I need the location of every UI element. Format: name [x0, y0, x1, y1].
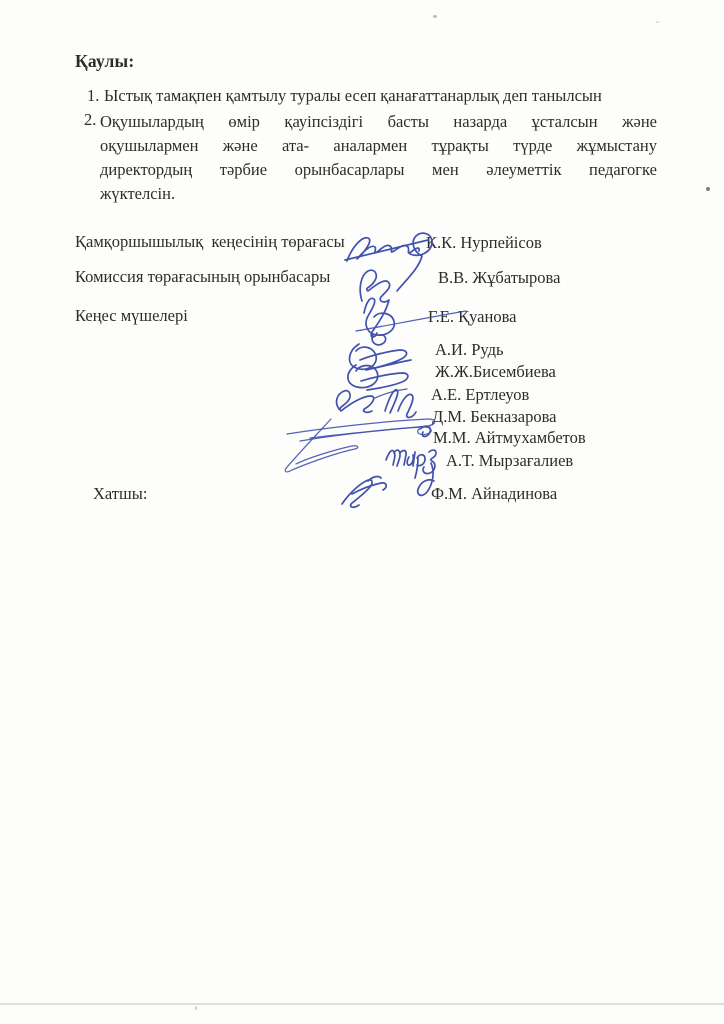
official-name: В.В. Жұбатырова	[438, 268, 560, 288]
list-item-number: 2.	[84, 110, 96, 130]
paper-speck	[656, 21, 659, 23]
secretary-label: Хатшы:	[93, 484, 147, 504]
member-name: Ж.Ж.Бисембиева	[435, 362, 556, 382]
signature-deputy-ink	[360, 270, 389, 337]
paragraph-line: директордың тәрбие орынбасарлары мен әле…	[100, 158, 657, 182]
signature-sweep-ink	[285, 419, 435, 472]
official-role: Қамқоршышылық кеңесінің төрағасы	[75, 232, 345, 252]
official-role: Кеңес мүшелері	[75, 306, 188, 326]
signature-rud-bisembieva-ink	[348, 344, 411, 390]
scan-edge-line	[0, 1003, 724, 1005]
official-name: К.К. Нурпейісов	[426, 233, 542, 253]
paper-speck	[433, 15, 437, 18]
scanned-document-page: Қаулы: 1. Ыстық тамақпен қамтылу туралы …	[0, 0, 724, 1024]
signature-ertleuov-ink	[337, 389, 416, 418]
official-role: Комиссия төрағасының орынбасары	[75, 267, 330, 287]
list-item-text: Ыстық тамақпен қамтылу туралы есеп қанағ…	[104, 86, 602, 106]
signature-myrzagaliev-ink	[386, 450, 436, 495]
signature-chairman-ink	[345, 233, 432, 291]
member-name: А.Т. Мырзағалиев	[446, 451, 573, 471]
paragraph-line: оқушылармен және ата- аналармен тұрақты …	[100, 134, 657, 158]
list-item-paragraph: Оқушылардың өмір қауіпсіздігі басты наза…	[100, 110, 657, 206]
list-item-number: 1.	[87, 86, 99, 106]
signature-secretary-ink	[342, 477, 386, 508]
member-name: М.М. Айтмухамбетов	[433, 428, 586, 448]
secretary-name: Ф.М. Айнадинова	[431, 484, 557, 504]
member-name: Д.М. Бекназарова	[432, 407, 557, 427]
member-name: А.Е. Ертлеуов	[431, 385, 529, 405]
paper-speck	[195, 1006, 197, 1010]
paragraph-line: Оқушылардың өмір қауіпсіздігі басты наза…	[100, 110, 657, 134]
paper-speck	[706, 187, 710, 191]
resolution-title: Қаулы:	[75, 51, 134, 72]
member-name: А.И. Рудь	[435, 340, 504, 360]
paragraph-line: жүктелсін.	[100, 182, 657, 206]
official-name: Г.Е. Қуанова	[428, 307, 516, 327]
